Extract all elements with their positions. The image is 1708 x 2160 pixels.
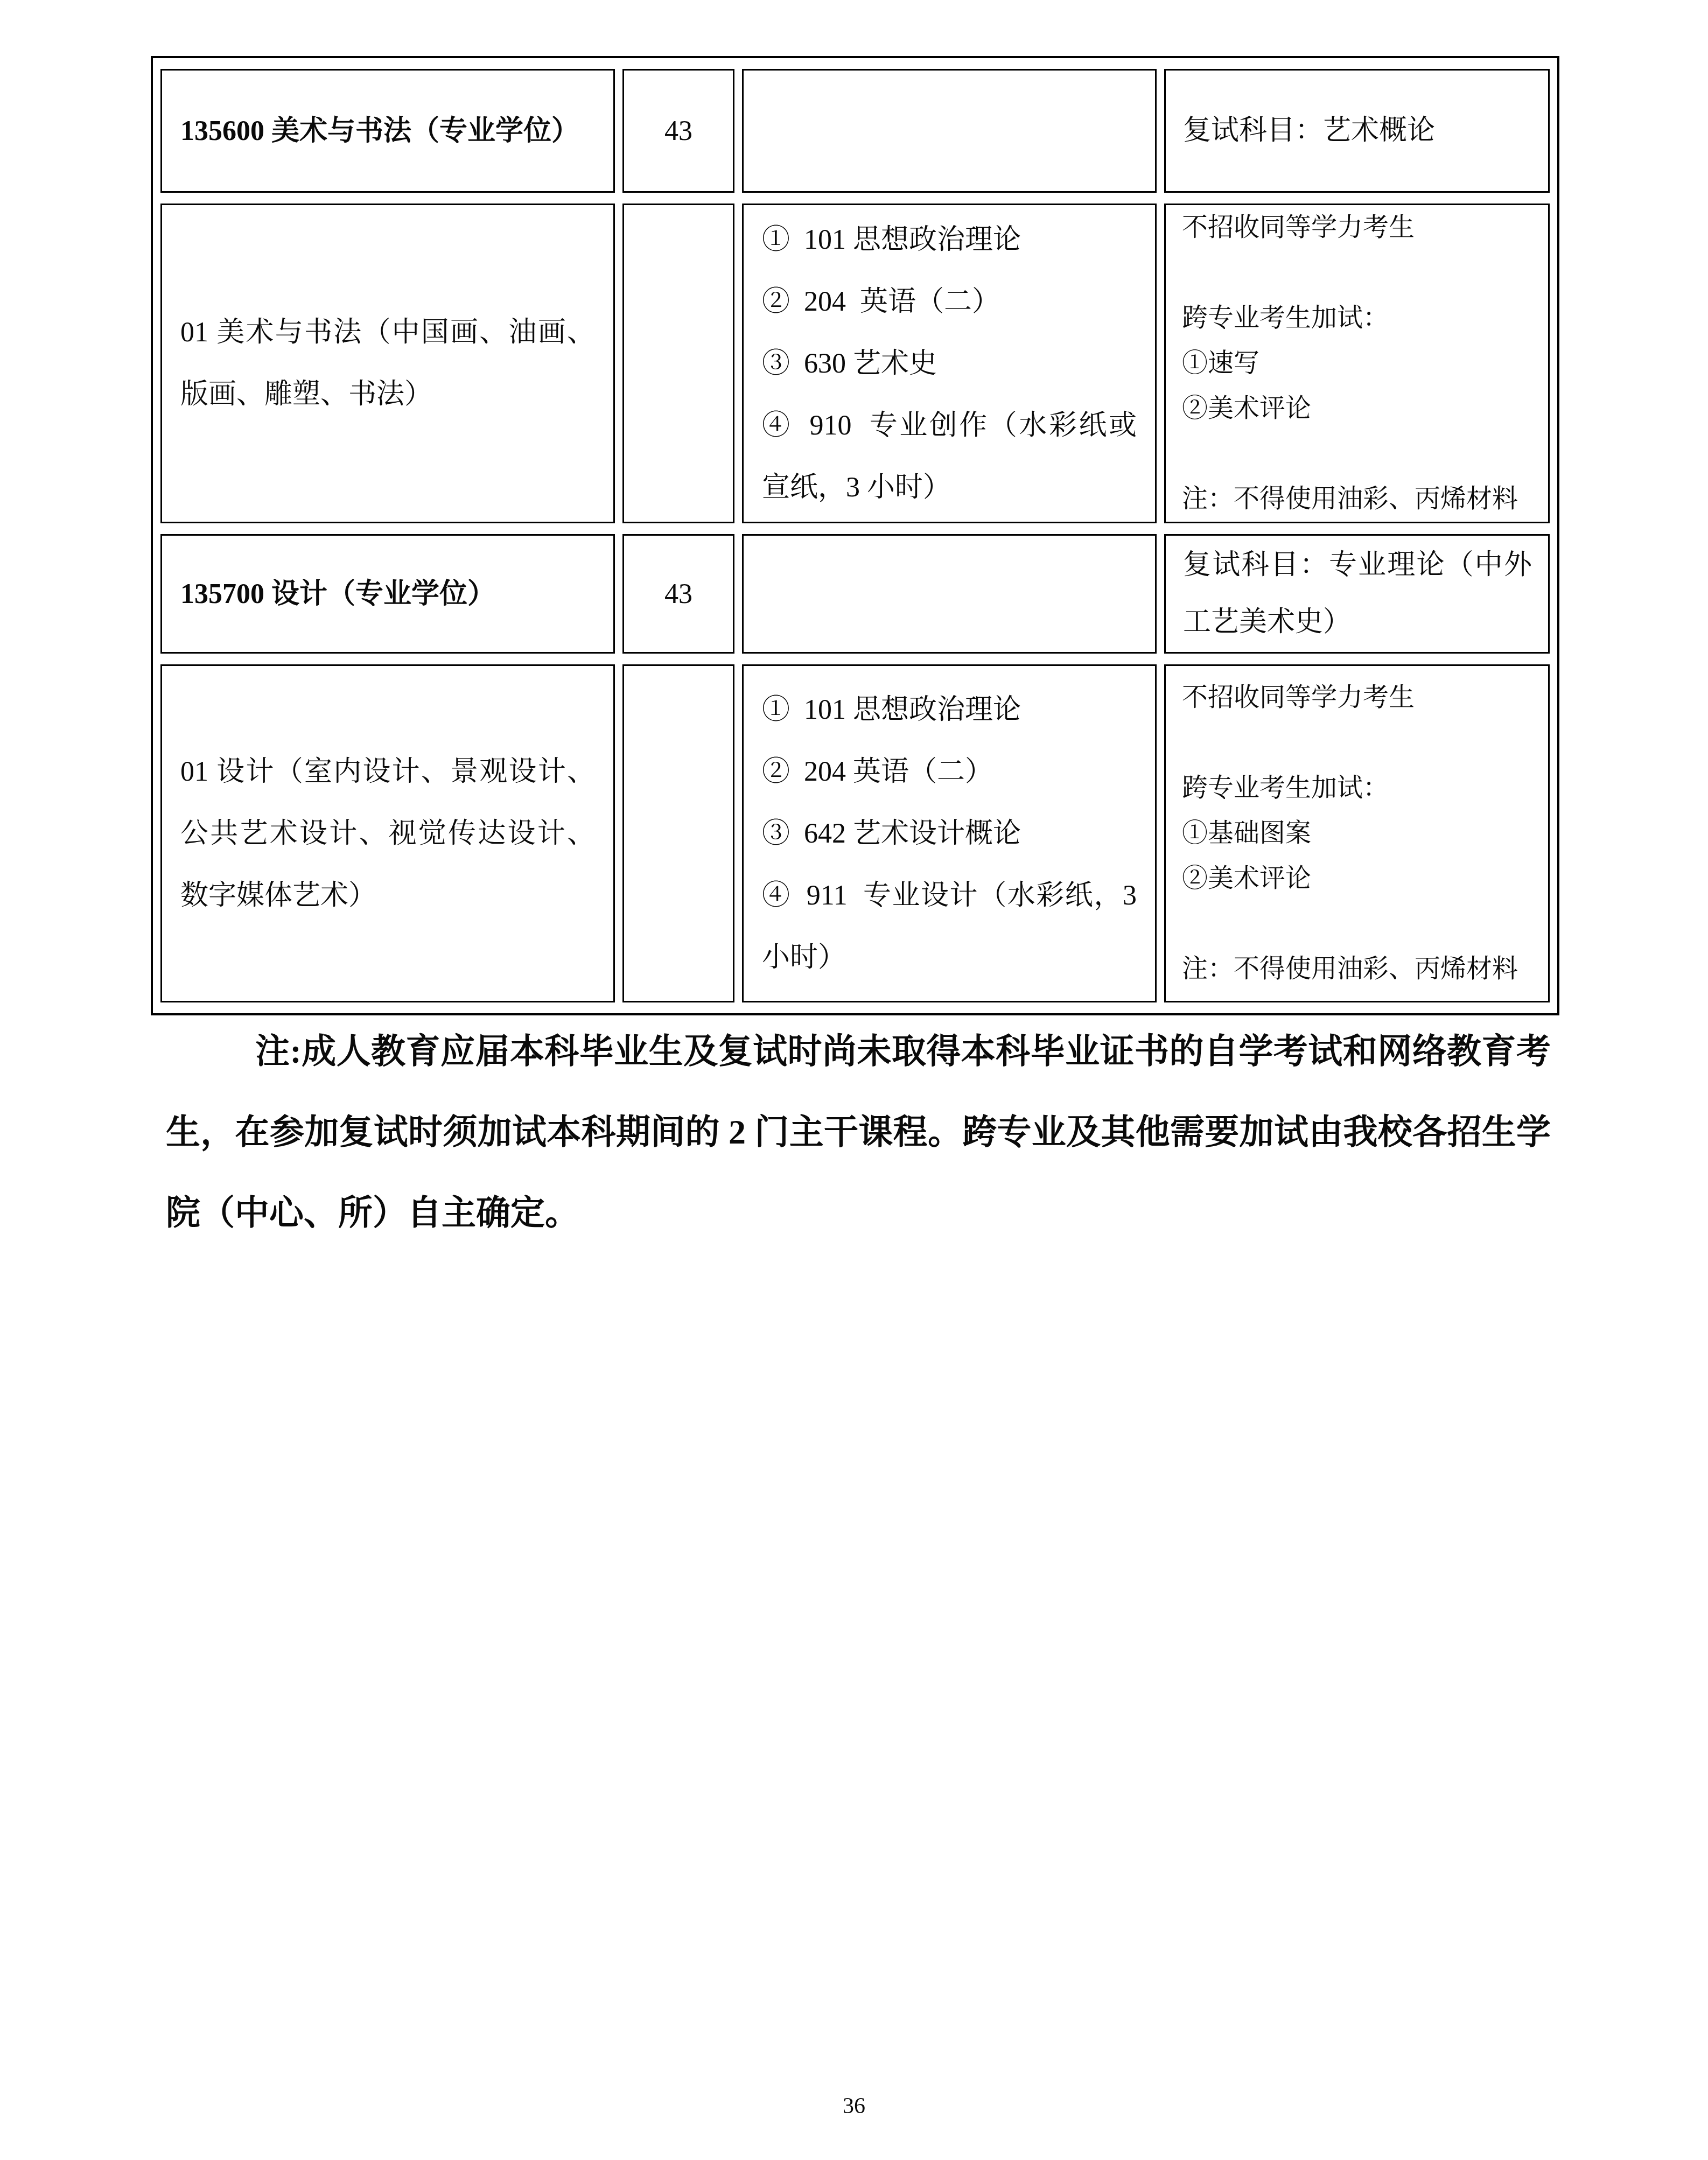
cell-program-name: 135700 设计（专业学位） [160,534,615,654]
cell-subjects: ① 101 思想政治理论 ② 204 英语（二） ③ 630 艺术史 ④ 910… [742,204,1157,523]
table-row-program-135700: 135700 设计（专业学位） 43 复试科目：专业理论（中外工艺美术史） [160,534,1550,654]
cell-retest-subject: 复试科目：专业理论（中外工艺美术史） [1164,534,1550,654]
admissions-table-container: 135600 美术与书法（专业学位） 43 复试科目：艺术概论 01 美术与书法… [151,56,1559,1015]
remark-line-blank [1182,720,1542,766]
direction-text: 01 设计（室内设计、景观设计、公共艺术设计、视觉传达设计、数字媒体艺术） [180,741,595,927]
cell-quota-empty [622,204,734,523]
page-number: 36 [0,2093,1708,2119]
subject-line: ② 204 英语（二） [762,271,1137,333]
remark-line: ①速写 [1182,341,1542,386]
remark-line: 跨专业考生加试： [1182,766,1542,811]
cell-program-name: 135600 美术与书法（专业学位） [160,69,615,193]
cell-quota-empty [622,664,734,1002]
remark-line: ②美术评论 [1182,386,1542,431]
cell-remarks: 不招收同等学力考生 跨专业考生加试： ①基础图案 ②美术评论 注：不得使用油彩、… [1164,664,1550,1002]
admissions-table: 135600 美术与书法（专业学位） 43 复试科目：艺术概论 01 美术与书法… [151,56,1559,1015]
cell-subjects-empty [742,534,1157,654]
subject-line: ② 204 英语（二） [762,741,1137,803]
remark-line: ②美术评论 [1182,856,1542,901]
remark-line: 不招收同等学力考生 [1182,675,1542,720]
remark-line-blank [1182,901,1542,946]
cell-direction: 01 美术与书法（中国画、油画、版画、雕塑、书法） [160,204,615,523]
direction-text: 01 美术与书法（中国画、油画、版画、雕塑、书法） [180,301,595,425]
remark-line: ①基础图案 [1182,811,1542,856]
cell-quota: 43 [622,69,734,193]
table-row-program-135600: 135600 美术与书法（专业学位） 43 复试科目：艺术概论 [160,69,1550,193]
cell-subjects: ① 101 思想政治理论 ② 204 英语（二） ③ 642 艺术设计概论 ④ … [742,664,1157,1002]
table-row-direction-design: 01 设计（室内设计、景观设计、公共艺术设计、视觉传达设计、数字媒体艺术） ① … [160,664,1550,1002]
subject-line: ① 101 思想政治理论 [762,679,1137,741]
remark-line: 不招收同等学力考生 [1182,205,1542,250]
subject-line: ③ 630 艺术史 [762,333,1137,395]
remark-line: 跨专业考生加试： [1182,296,1542,341]
cell-direction: 01 设计（室内设计、景观设计、公共艺术设计、视觉传达设计、数字媒体艺术） [160,664,615,1002]
cell-retest-subject: 复试科目：艺术概论 [1164,69,1550,193]
cell-remarks: 不招收同等学力考生 跨专业考生加试： ①速写 ②美术评论 注：不得使用油彩、丙烯… [1164,204,1550,523]
table-row-direction-art-calligraphy: 01 美术与书法（中国画、油画、版画、雕塑、书法） ① 101 思想政治理论 ②… [160,204,1550,523]
remark-line-blank [1182,250,1542,296]
remark-line: 注：不得使用油彩、丙烯材料 [1182,476,1542,522]
subject-line: ③ 642 艺术设计概论 [762,803,1137,865]
remark-line-blank [1182,431,1542,476]
subject-line: ④ 911 专业设计（水彩纸，3 小时） [762,865,1137,988]
subject-line: ④ 910 专业创作（水彩纸或宣纸，3 小时） [762,395,1137,518]
remark-line: 注：不得使用油彩、丙烯材料 [1182,946,1542,992]
cell-subjects-empty [742,69,1157,193]
subject-line: ① 101 思想政治理论 [762,209,1137,271]
note-paragraph: 注:成人教育应届本科毕业生及复试时尚未取得本科毕业证书的自学考试和网络教育考生，… [166,1011,1551,1253]
cell-quota: 43 [622,534,734,654]
